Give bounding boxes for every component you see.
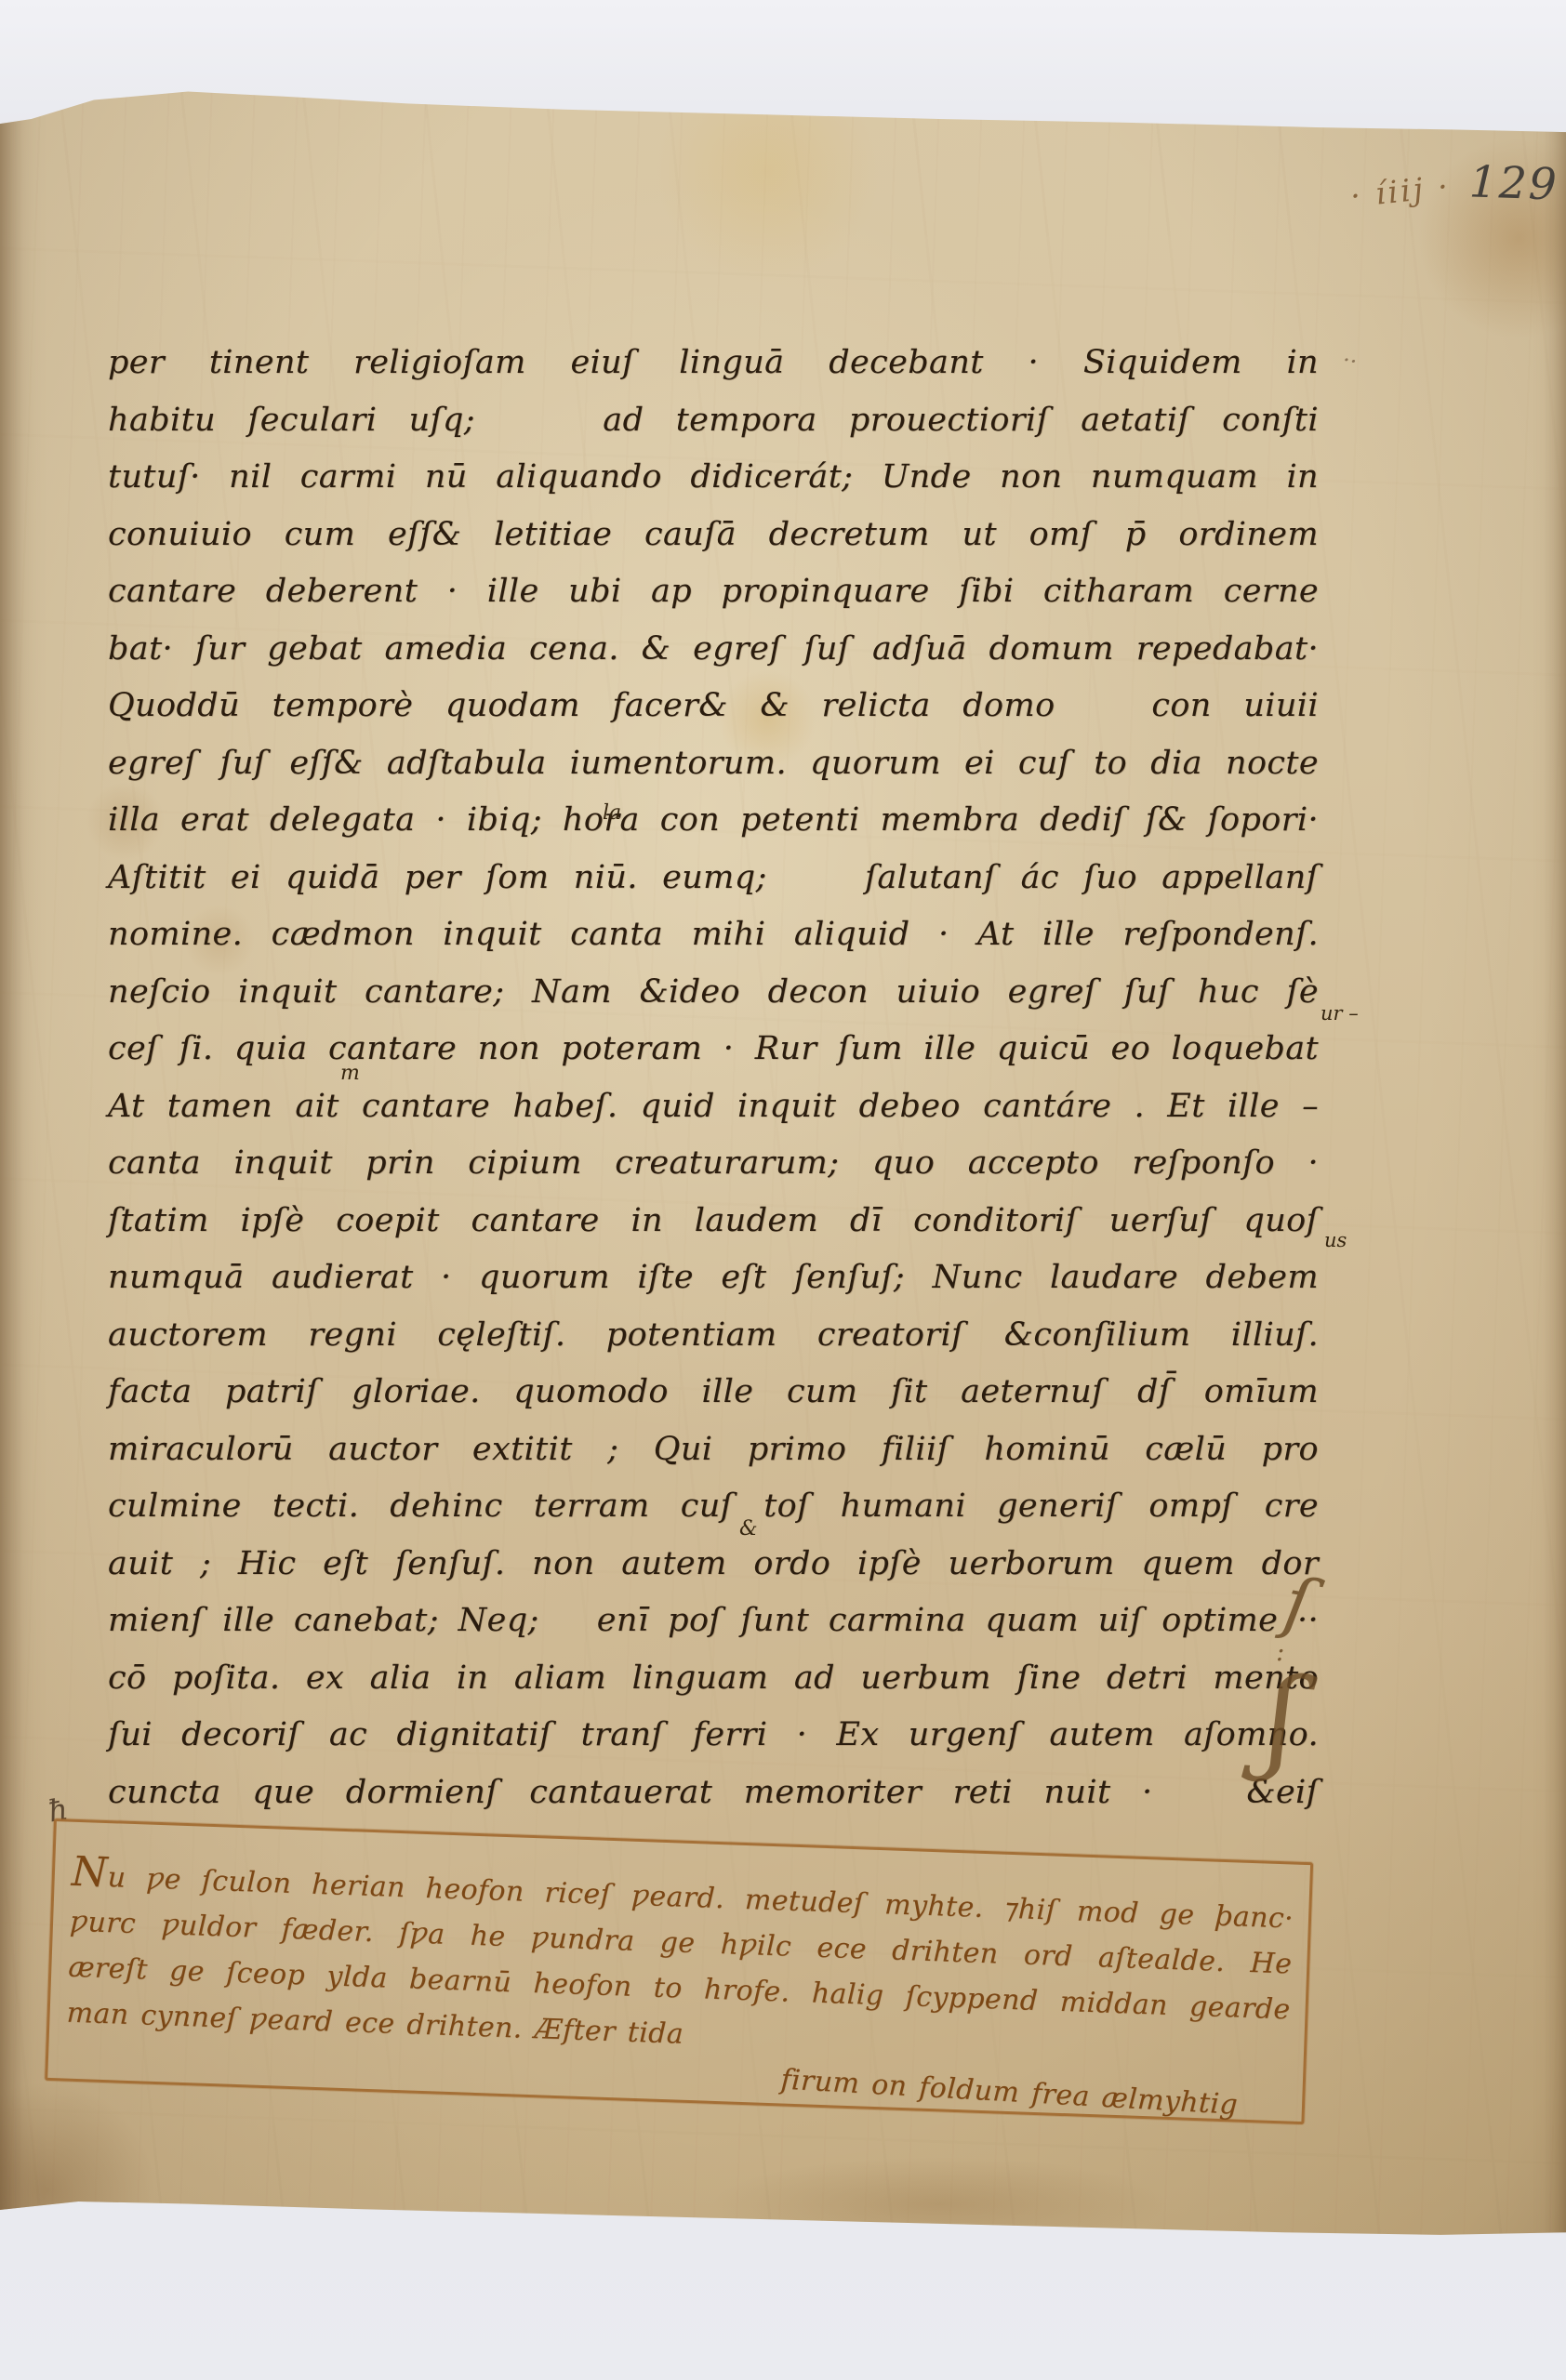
latin-line: Quoddū temporè quodam facer& & relicta d… <box>108 678 1319 735</box>
latin-line: numquā audierat · quorum iſte eſt ſenſuſ… <box>108 1249 1319 1307</box>
latin-line: bat· ſur gebat amedia cena. & egreſ ſuſ … <box>108 621 1319 679</box>
latin-line: culmine tecti. dehinc terram cuſ toſ hum… <box>108 1478 1319 1536</box>
interlinear-correction: m <box>340 1062 360 1085</box>
latin-line: auit ; Hic eſt ſenſuſ. non autem ordo ip… <box>108 1536 1319 1593</box>
latin-line: ſui decoriſ ac dignitatiſ tranſ ferri · … <box>108 1707 1319 1765</box>
latin-line: auctorem regni cęleſtiſ. potentiam creat… <box>108 1307 1319 1365</box>
latin-line: illa erat delegata · ibiq; hora con pete… <box>108 792 1319 850</box>
latin-line: egreſ ſuſ eſſ& adſtabula iumentorum. quo… <box>108 735 1319 793</box>
line-end-abbreviation: ur – <box>1320 1002 1359 1025</box>
latin-text-block: per tinent religioſam eiuſ linguā deceba… <box>108 335 1319 1821</box>
latin-line: conuiuio cum eſſ& letitiae cauſā decretu… <box>108 507 1319 564</box>
line-end-abbreviation: us <box>1324 1229 1347 1251</box>
latin-line: ſtatim ipſè coepit cantare in laudem dī … <box>108 1193 1319 1250</box>
latin-line: Aſtitit ei quidā per ſom niū. eumq; ſalu… <box>108 850 1319 907</box>
photo-backdrop: { "page": { "quire_mark": "\u00b7 \u00ed… <box>0 0 1566 2380</box>
latin-line: per tinent religioſam eiuſ linguā deceba… <box>108 335 1319 392</box>
caedmon-hymn-box: Nu ƿe ſculon herian heofon riceſ ƿeard. … <box>45 1818 1313 2124</box>
latin-line: cuncta que dormienſ cantauerat memoriter… <box>108 1765 1319 1822</box>
latin-line: miraculorū auctor extitit ; Qui primo fi… <box>108 1421 1319 1479</box>
interlinear-correction: & <box>739 1517 758 1540</box>
latin-line: cantare deberent · ille ubi ap propinqua… <box>108 563 1319 621</box>
latin-line: tutuſ· nil carmi nū aliquando didicerát;… <box>108 449 1319 507</box>
latin-line: nomine. cædmon inquit canta mihi aliquid… <box>108 906 1319 964</box>
latin-line: canta inquit prin cipium creaturarum; qu… <box>108 1135 1319 1193</box>
latin-line: facta patriſ gloriae. quomodo ille cum ſ… <box>108 1364 1319 1421</box>
latin-line: cō poſita. ex alia in aliam linguam ad u… <box>108 1650 1319 1708</box>
interlinear-correction: la <box>603 801 621 825</box>
folio-number: 129 <box>1468 156 1559 210</box>
latin-line: habitu ſeculari uſq; ad tempora prouecti… <box>108 392 1319 450</box>
latin-line: ceſ ſi. quia cantare non poteram · Rur ſ… <box>108 1021 1319 1078</box>
latin-line: neſcio inquit cantare; Nam &ideo decon u… <box>108 964 1319 1022</box>
latin-line: mienſ ille canebat; Neq; enī poſ ſunt ca… <box>108 1593 1319 1650</box>
latin-line: At tamen ait cantare habeſ. quid inquit … <box>108 1078 1319 1136</box>
